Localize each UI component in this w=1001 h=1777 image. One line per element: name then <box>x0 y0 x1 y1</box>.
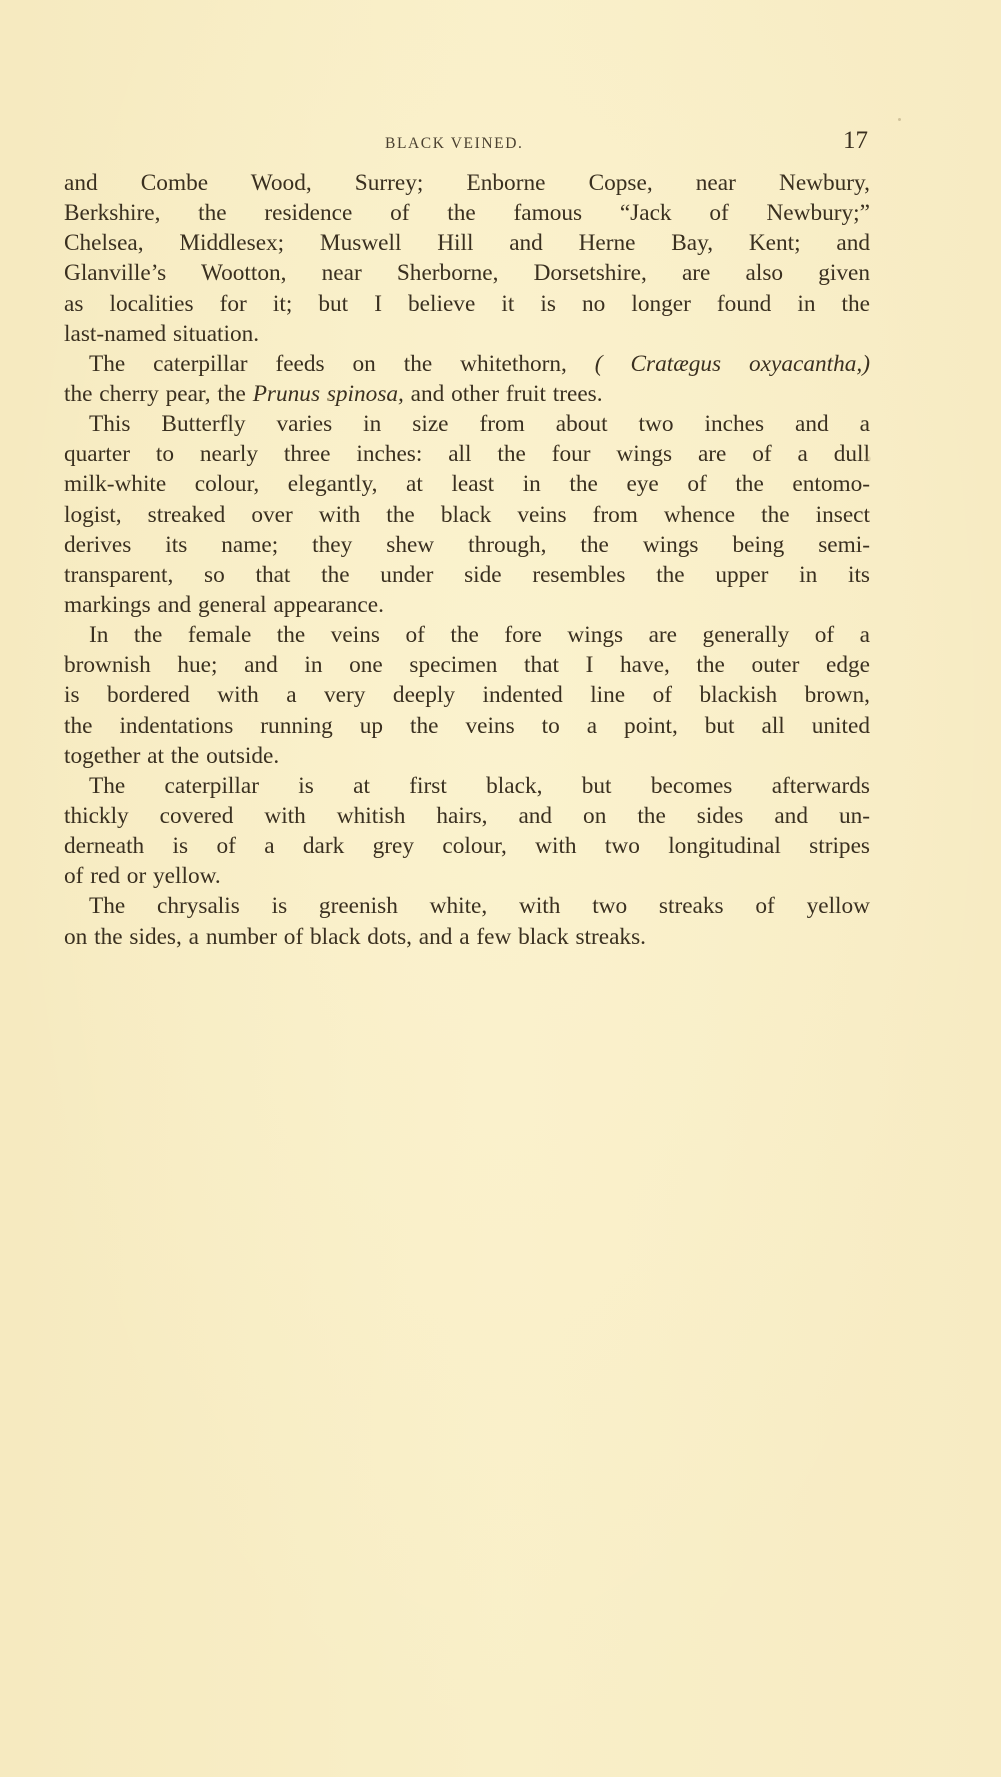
text-line: derives its name; they shew through, the… <box>64 530 870 560</box>
paper-speck <box>327 398 330 401</box>
paper-speck <box>865 456 871 462</box>
text-line: is bordered with a very deeply indented … <box>64 680 870 710</box>
text-line: Glanville’s Wootton, near Sherborne, Dor… <box>64 258 870 288</box>
text-run: the cherry pear, the <box>64 381 253 407</box>
latin-name-crataegus: ( Cratægus oxyacantha,) <box>595 351 870 377</box>
page-number: 17 <box>843 127 868 155</box>
text-line: The caterpillar feeds on the whitethorn,… <box>64 349 870 379</box>
latin-name-prunus: Prunus spinosa, <box>253 381 404 407</box>
paragraph-food-plants: The caterpillar feeds on the whitethorn,… <box>64 349 870 409</box>
paragraph-chrysalis: The chrysalis is greenish white, with tw… <box>64 891 870 951</box>
text-line: The caterpillar is at first black, but b… <box>64 771 870 801</box>
text-line: quarter to nearly three inches: all the … <box>64 439 870 469</box>
paper-speck <box>898 118 901 121</box>
text-line: logist, streaked over with the black vei… <box>64 500 870 530</box>
paragraph-female: In the female the veins of the fore wing… <box>64 620 870 771</box>
body-text: and Combe Wood, Surrey; Enborne Copse, n… <box>64 168 870 952</box>
text-line: brownish hue; and in one specimen that I… <box>64 650 870 680</box>
text-line: derneath is of a dark grey colour, with … <box>64 831 870 861</box>
text-line: on the sides, a number of black dots, an… <box>64 922 870 952</box>
text-line: This Butterfly varies in size from about… <box>64 409 870 439</box>
paragraph-localities: and Combe Wood, Surrey; Enborne Copse, n… <box>64 168 870 349</box>
text-run: and other fruit trees. <box>404 381 603 407</box>
text-line: Berkshire, the residence of the famous “… <box>64 198 870 228</box>
text-line: Chelsea, Middlesex; Muswell Hill and Her… <box>64 228 870 258</box>
text-line: and Combe Wood, Surrey; Enborne Copse, n… <box>64 168 870 198</box>
text-line: the cherry pear, the Prunus spinosa, and… <box>64 379 870 409</box>
text-line: milk-white colour, elegantly, at least i… <box>64 469 870 499</box>
text-line: of red or yellow. <box>64 861 870 891</box>
text-line: The chrysalis is greenish white, with tw… <box>64 891 870 921</box>
running-title: BLACK VEINED. <box>385 135 523 153</box>
running-head: BLACK VEINED. 17 <box>64 131 868 159</box>
text-line: In the female the veins of the fore wing… <box>64 620 870 650</box>
text-line: together at the outside. <box>64 741 870 771</box>
text-line: thickly covered with whitish hairs, and … <box>64 801 870 831</box>
paragraph-caterpillar: The caterpillar is at first black, but b… <box>64 771 870 892</box>
text-run: The caterpillar feeds on the whitethorn, <box>89 351 595 377</box>
text-line: transparent, so that the under side rese… <box>64 560 870 590</box>
text-line: markings and general appearance. <box>64 590 870 620</box>
paragraph-description: This Butterfly varies in size from about… <box>64 409 870 620</box>
text-line: as localities for it; but I believe it i… <box>64 289 870 319</box>
text-line: last-named situation. <box>64 319 870 349</box>
book-page: BLACK VEINED. 17 and Combe Wood, Surrey;… <box>0 0 1001 1777</box>
text-line: the indentations running up the veins to… <box>64 711 870 741</box>
